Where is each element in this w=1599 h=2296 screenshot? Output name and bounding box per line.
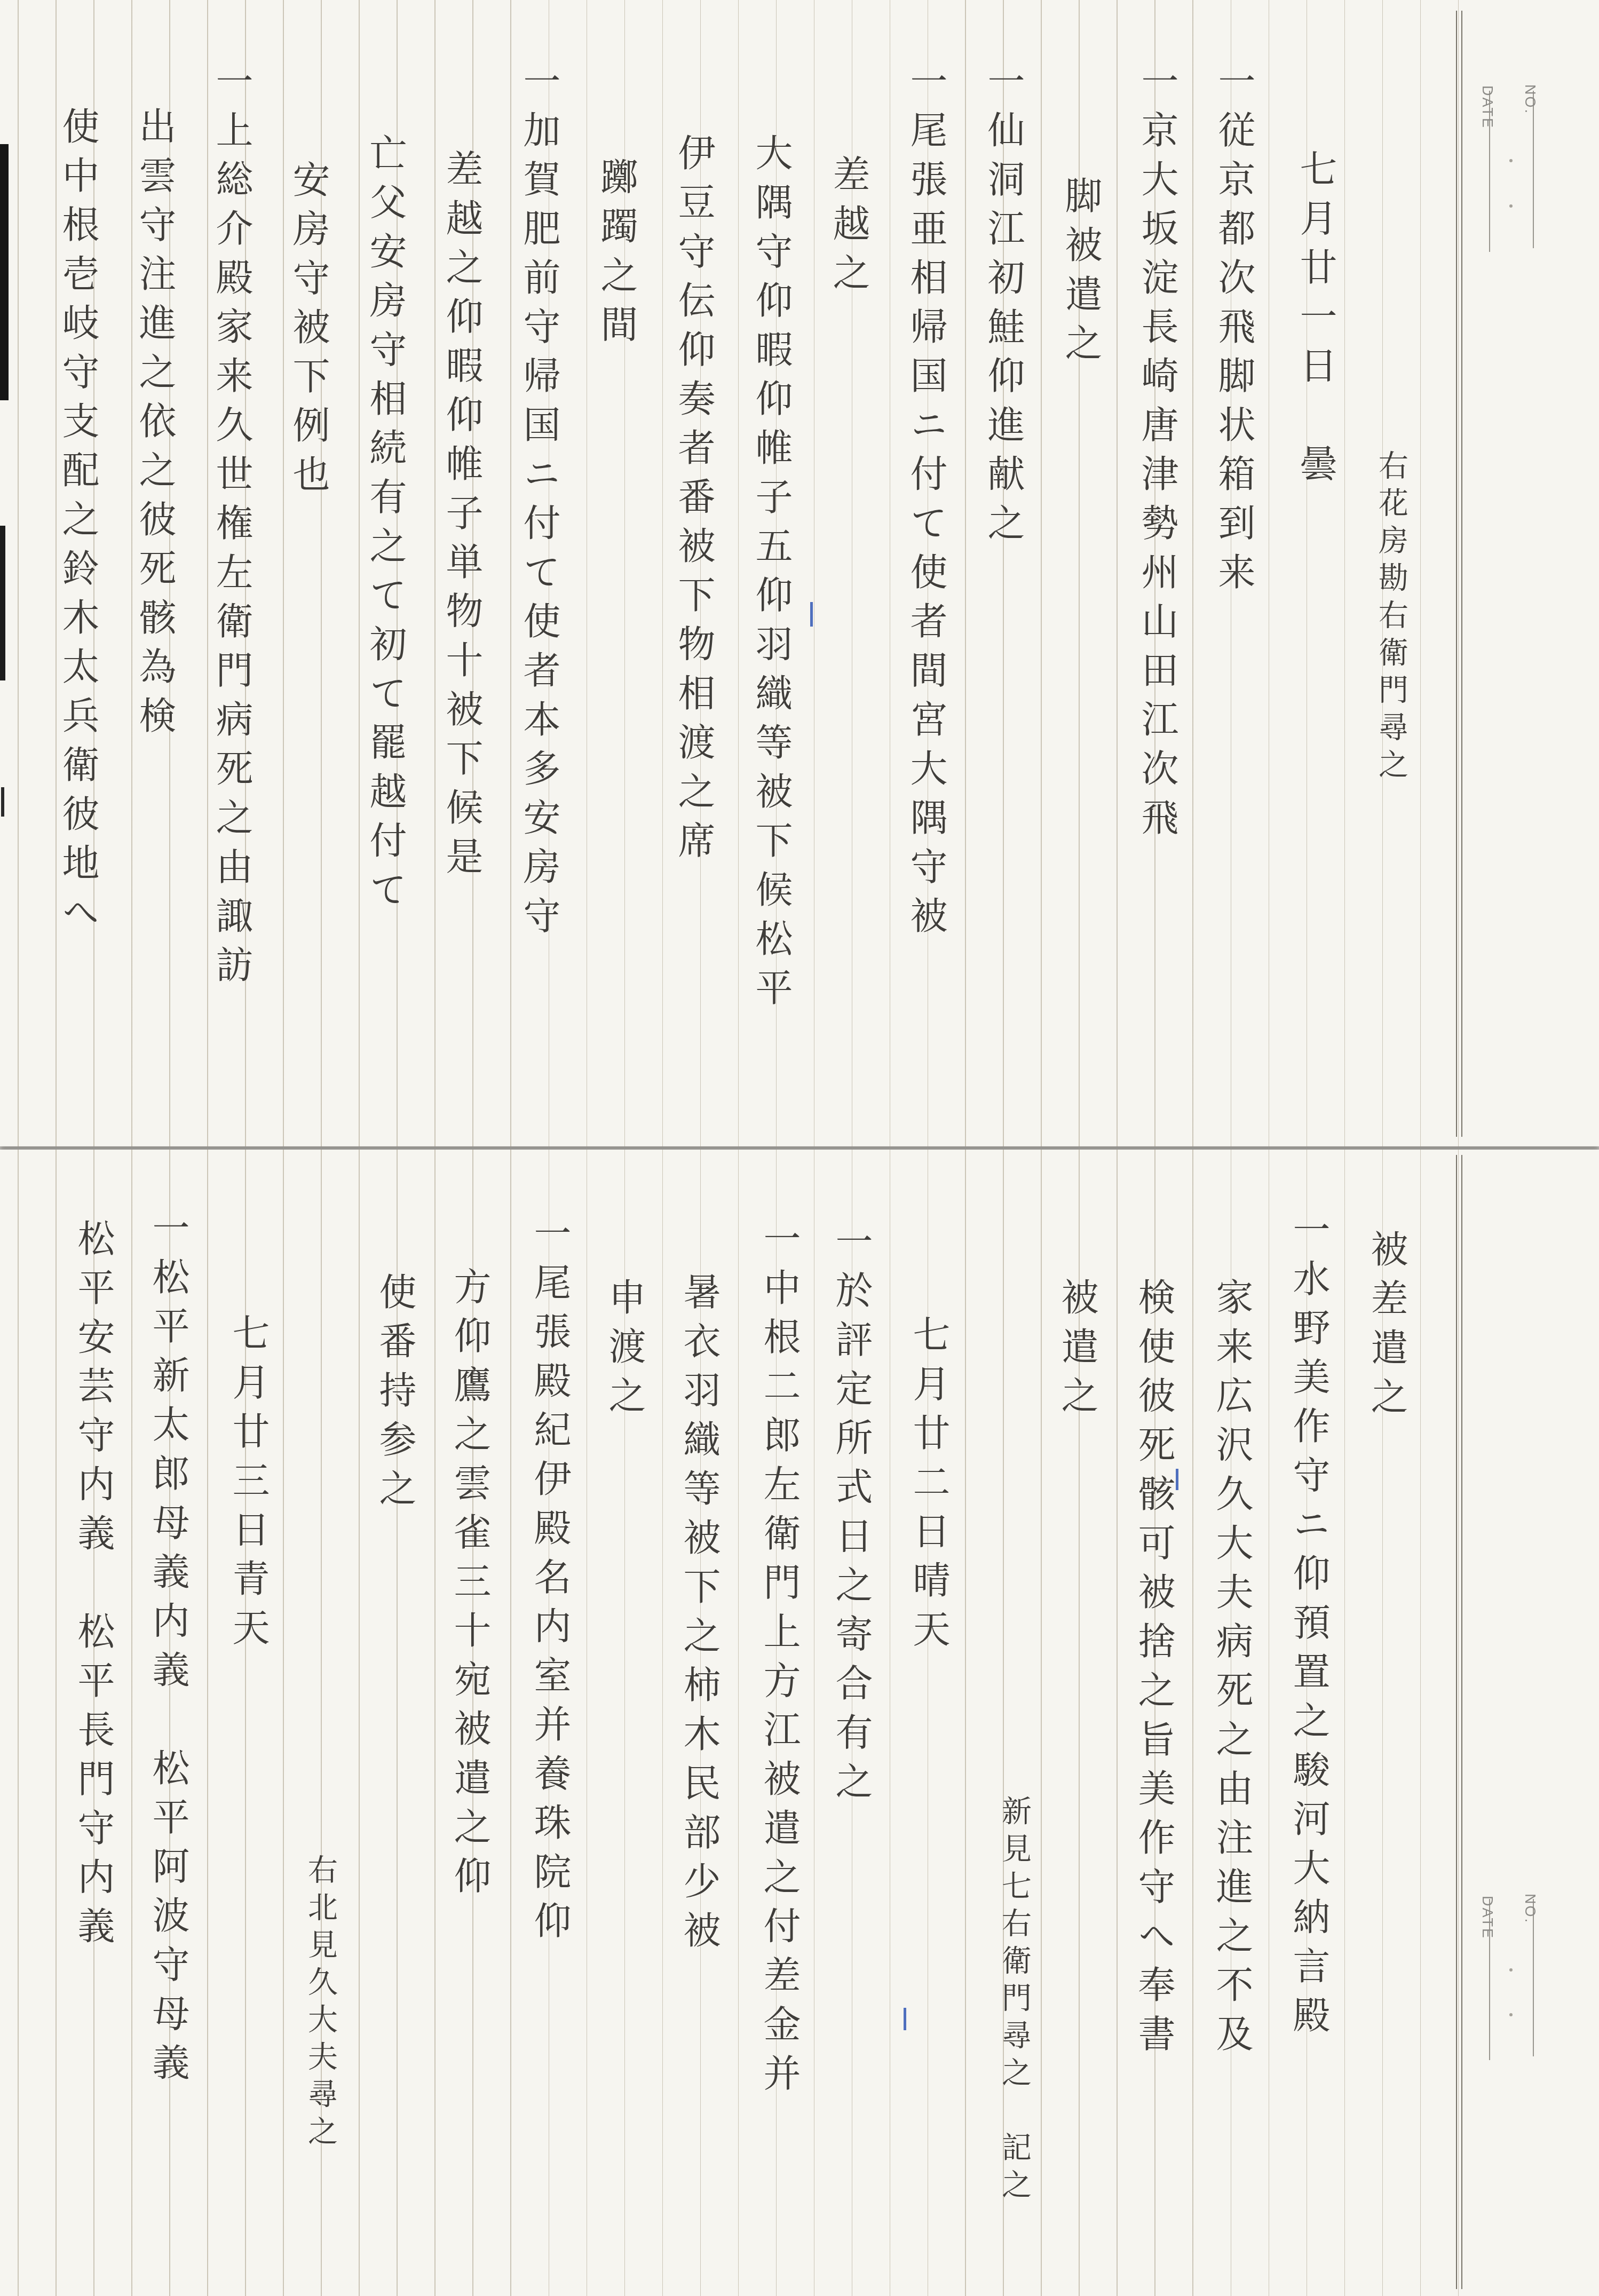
manuscript-column: 右花房勘右衛門尋之 — [1361, 450, 1420, 786]
date-label: DATE — [1479, 85, 1495, 129]
no-label: NO. — [1522, 1894, 1538, 1924]
manuscript-column: 亡父安房守相続有之て初て罷越付て — [356, 133, 415, 919]
manuscript-column: 松平安芸守内義 松平長門守内義 — [64, 1219, 123, 1955]
margin-double-rule — [1456, 1155, 1462, 2289]
manuscript-column: 一水野美作守ニ仰預置之駿河大納言殿 — [1279, 1210, 1338, 2045]
no-label: NO. — [1522, 84, 1538, 115]
manuscript-column: 伊豆守伝仰奏者番被下物相渡之席 — [664, 133, 723, 870]
scan-artifact — [1, 787, 4, 817]
header-dot — [1509, 2013, 1513, 2016]
manuscript-column: 差越之仰暇仰帷子単物十被下候是 — [432, 149, 491, 886]
manuscript-column: 大隅守仰暇仰帷子五仰羽織等被下候松平 — [742, 133, 801, 1017]
scan-artifact — [0, 526, 5, 680]
manuscript-column: 使中根壱岐守支配之鈴木太兵衛彼地へ — [49, 107, 107, 941]
manuscript-column: 暑衣羽織等被下之柿木民部少被 — [670, 1272, 729, 1960]
manuscript-column: 方仰鷹之雲雀三十宛被遣之仰 — [440, 1267, 499, 1905]
manuscript-column: 差越之 — [819, 155, 878, 302]
margin-double-rule — [1456, 11, 1462, 1137]
manuscript-column: 一仙洞江初鮭仰進献之 — [974, 61, 1033, 552]
manuscript-column: 被差遣之 — [1357, 1230, 1416, 1426]
scan-artifact — [810, 602, 813, 627]
header-dot — [1509, 1968, 1513, 1972]
scanned-notebook-spread: NO. DATE 右花房勘右衛門尋之七月廿一日 曇一従京都次飛脚状箱到来一京大坂… — [0, 0, 1599, 2296]
manuscript-column: 躑躅之間 — [587, 157, 646, 354]
manuscript-column: 七月廿三日青天 — [219, 1313, 278, 1657]
scan-artifact — [0, 144, 9, 400]
manuscript-column: 一加賀肥前守帰国ニ付て使者本多安房守 — [510, 61, 568, 945]
manuscript-column: 一尾張亜相帰国ニ付て使者間宮大隅守被 — [897, 61, 955, 945]
manuscript-column: 一京大坂淀長崎唐津勢州山田江次飛 — [1128, 61, 1186, 847]
notebook-page-bottom: NO. DATE 被差遣之一水野美作守ニ仰預置之駿河大納言殿家来広沢久大夫病死之… — [0, 1150, 1599, 2296]
scan-artifact — [1176, 1469, 1178, 1490]
manuscript-column: 検使彼死骸可被捨之旨美作守へ奉書 — [1125, 1278, 1183, 2063]
manuscript-column: 申渡之 — [595, 1278, 654, 1425]
date-label: DATE — [1479, 1896, 1495, 1939]
header-dot — [1509, 159, 1513, 162]
manuscript-column: 使番持参之 — [366, 1272, 424, 1518]
manuscript-column: 新見七右衛門尋之 記之 — [985, 1795, 1043, 2206]
manuscript-column: 一尾張殿紀伊殿名内室并養珠院仰 — [520, 1214, 579, 1950]
manuscript-column: 七月廿一日 曇 — [1286, 149, 1345, 493]
manuscript-column: 出雲守注進之依之彼死骸為検 — [125, 107, 184, 745]
header-dot — [1509, 204, 1513, 208]
manuscript-column: 家来広沢久大夫病死之由注進之不及 — [1202, 1278, 1261, 2063]
manuscript-column: 右北見久大夫尋之 — [291, 1854, 350, 2153]
scan-artifact — [904, 2008, 906, 2030]
manuscript-column: 一上総介殿家来久世権左衛門病死之由諏訪 — [202, 61, 261, 994]
manuscript-column: 一於評定所式日之寄合有之 — [822, 1222, 881, 1811]
manuscript-column: 被遣之 — [1048, 1278, 1106, 1425]
notebook-page-top: NO. DATE 右花房勘右衛門尋之七月廿一日 曇一従京都次飛脚状箱到来一京大坂… — [0, 0, 1599, 1146]
manuscript-column: 脚被遣之 — [1051, 176, 1110, 373]
manuscript-column: 一松平新太郎母義内義 松平阿波守母義 — [139, 1208, 197, 2092]
manuscript-column: 一従京都次飛脚状箱到来 — [1205, 61, 1263, 601]
manuscript-column: 安房守被下例也 — [279, 160, 338, 504]
manuscript-column: 一中根二郎左衛門上方江被遣之付差金并 — [750, 1219, 809, 2103]
manuscript-column: 七月廿二日晴天 — [899, 1315, 958, 1659]
